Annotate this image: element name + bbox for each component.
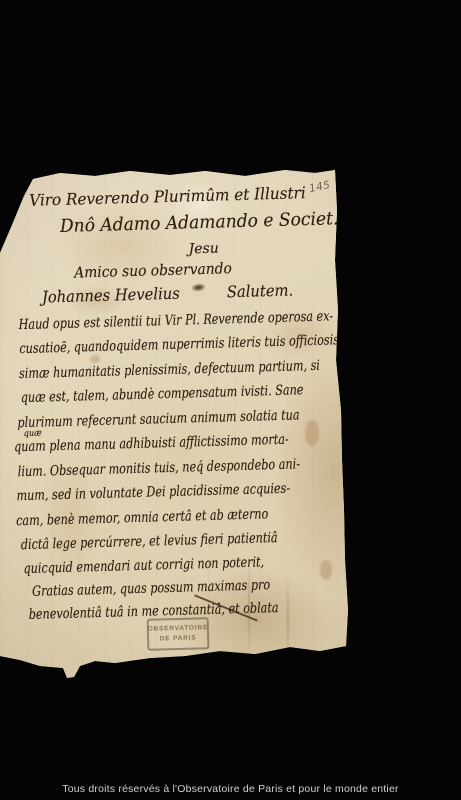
- stamp-line-2: DE PARIS: [160, 634, 197, 645]
- letter-body-line: Gratias autem, quas possum maximas pro: [32, 577, 270, 600]
- photo-viewer: Viro Reverendo Plurimûm et Illustri Dnô …: [0, 0, 461, 800]
- foxing-stain: [320, 560, 332, 580]
- letter-body-line: quicquid emendari aut corrigi non poteri…: [23, 554, 264, 577]
- letter-body-line: simæ humanitatis plenissimis, defectuum …: [19, 357, 320, 381]
- letter-body-line: quam plena manu adhibuisti afflictissimo…: [14, 432, 289, 456]
- letter-text-layer: Viro Reverendo Plurimûm et Illustri Dnô …: [0, 0, 461, 800]
- foxing-stain: [90, 355, 100, 363]
- letter-body-line: dictâ lege percúrrere, et levius fieri p…: [21, 530, 278, 553]
- letter-body-line: cusatioē, quandoquidem nuperrimis literi…: [19, 332, 343, 357]
- observatoire-de-paris-stamp: OBSERVATOIRE DE PARIS: [147, 617, 210, 651]
- letter-heading-line-1: Viro Reverendo Plurimûm et Illustri: [29, 183, 306, 210]
- letter-heading-line-4: Amico suo observando: [74, 259, 232, 281]
- letter-body-line: cam, benè memor, omnia certâ et ab ætern…: [16, 506, 269, 529]
- letter-heading-line-3: Jesu: [188, 241, 219, 258]
- manuscript-page: Viro Reverendo Plurimûm et Illustri Dnô …: [0, 0, 461, 800]
- letter-salutation: Salutem.: [227, 280, 294, 301]
- letter-author: Johannes Hevelius: [42, 284, 180, 307]
- paper-crease: [287, 575, 289, 660]
- letter-body-line: mum, sed in voluntate Dei placidissime a…: [16, 481, 290, 505]
- letter-body-line: quæ est, talem, abundè compensatum ivist…: [21, 382, 304, 406]
- copyright-caption: Tous droits réservés à l'Observatoire de…: [0, 783, 461, 795]
- letter-body-line: lium. Obsequar monitis tuis, neq́ despon…: [18, 456, 301, 480]
- letter-body-line: Haud opus est silentii tui Vir Pl. Rever…: [18, 308, 333, 333]
- foxing-stain: [305, 420, 319, 446]
- paper-crease: [248, 555, 250, 660]
- letter-heading-line-2: Dnô Adamo Adamando e Societ.: [60, 208, 339, 237]
- letter-body-line: plurimum refecerunt saucium animum solat…: [17, 407, 300, 431]
